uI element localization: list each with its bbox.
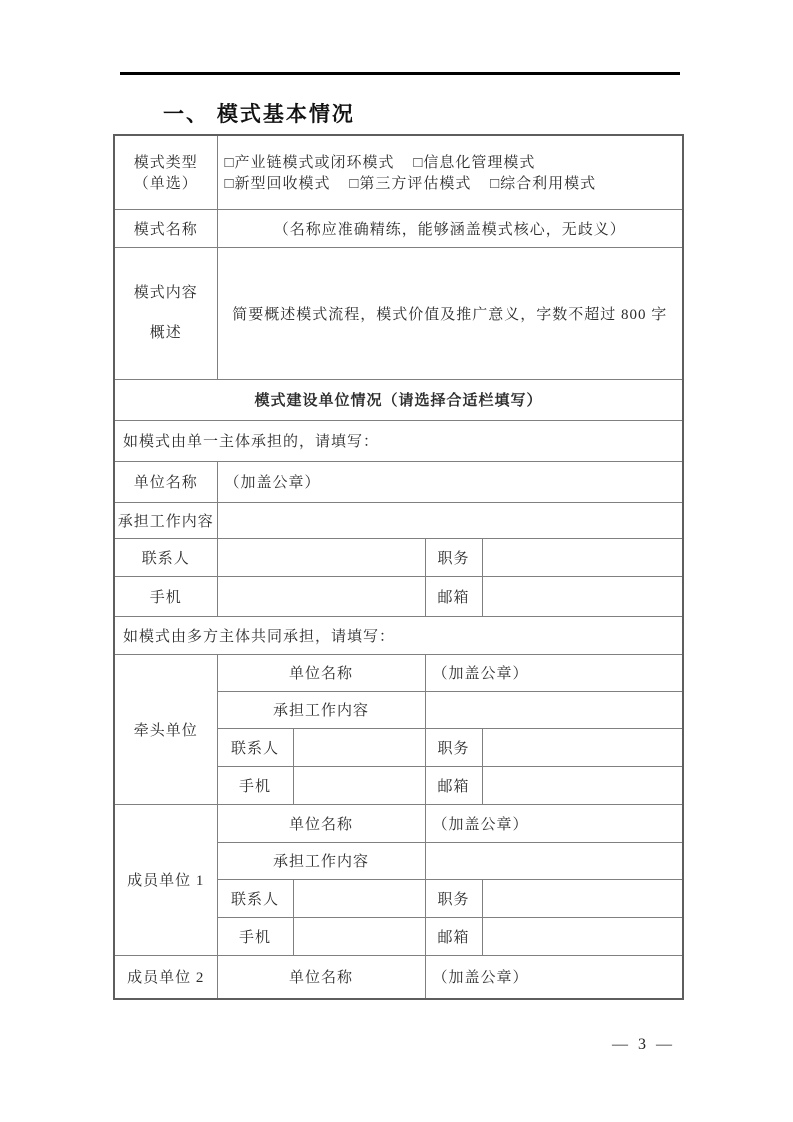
row-mode-description: 模式内容 概述 简要概述模式流程，模式价值及推广意义，字数不超过 800 字 bbox=[114, 247, 683, 379]
options-line-1: □产业链模式或闭环模式 □信息化管理模式 bbox=[225, 151, 550, 172]
row-lead-unit-name: 牵头单位 单位名称 （加盖公章） bbox=[114, 654, 683, 691]
lead-title-input-cell[interactable] bbox=[482, 728, 683, 766]
row-single-mobile: 手机 邮箱 bbox=[114, 576, 683, 616]
row-multi-note: 如模式由多方主体共同承担，请填写： bbox=[114, 616, 683, 654]
checkbox-option-info-management[interactable]: □信息化管理模式 bbox=[413, 155, 535, 171]
single-unit-name-input-cell[interactable]: （加盖公章） bbox=[217, 461, 683, 502]
single-mobile-label: 手机 bbox=[114, 576, 217, 616]
member2-unit-name-label: 单位名称 bbox=[217, 955, 425, 999]
builder-section-header: 模式建设单位情况（请选择合适栏填写） bbox=[114, 379, 683, 420]
multi-entity-note: 如模式由多方主体共同承担，请填写： bbox=[114, 616, 683, 654]
lead-email-label: 邮箱 bbox=[425, 766, 482, 804]
single-mobile-input-cell[interactable] bbox=[217, 576, 425, 616]
lead-mobile-label: 手机 bbox=[217, 766, 293, 804]
checkbox-option-industry-chain[interactable]: □产业链模式或闭环模式 bbox=[225, 155, 395, 171]
section-title: 一、 模式基本情况 bbox=[163, 98, 355, 128]
mode-description-input-cell[interactable]: 简要概述模式流程，模式价值及推广意义，字数不超过 800 字 bbox=[217, 247, 683, 379]
lead-email-input-cell[interactable] bbox=[482, 766, 683, 804]
row-single-unit-name: 单位名称 （加盖公章） bbox=[114, 461, 683, 502]
mode-description-label-cell: 模式内容 概述 bbox=[114, 247, 217, 379]
document-page: 一、 模式基本情况 模式类型 （单选） bbox=[0, 0, 793, 1122]
mode-description-label-2: 概述 bbox=[115, 313, 217, 353]
checkbox-option-comprehensive-use[interactable]: □综合利用模式 bbox=[490, 176, 596, 192]
lead-unit-name-input-cell[interactable]: （加盖公章） bbox=[425, 654, 683, 691]
lead-unit-label: 牵头单位 bbox=[114, 654, 217, 804]
mode-type-sublabel: （单选） bbox=[134, 172, 198, 193]
mode-type-label: 模式类型 bbox=[134, 151, 198, 172]
checkbox-option-new-recycling[interactable]: □新型回收模式 bbox=[225, 176, 331, 192]
single-unit-name-label: 单位名称 bbox=[114, 461, 217, 502]
member1-email-input-cell[interactable] bbox=[482, 917, 683, 955]
member1-email-label: 邮箱 bbox=[425, 917, 482, 955]
member1-title-input-cell[interactable] bbox=[482, 879, 683, 917]
mode-name-input-cell[interactable]: （名称应准确精练，能够涵盖模式核心，无歧义） bbox=[217, 209, 683, 247]
member1-contact-input-cell[interactable] bbox=[293, 879, 425, 917]
single-email-input-cell[interactable] bbox=[482, 576, 683, 616]
checkbox-option-third-party-eval[interactable]: □第三方评估模式 bbox=[349, 176, 471, 192]
member1-unit-label: 成员单位 1 bbox=[114, 804, 217, 955]
mode-type-label-cell: 模式类型 （单选） bbox=[114, 135, 217, 209]
row-member1-unit-name: 成员单位 1 单位名称 （加盖公章） bbox=[114, 804, 683, 842]
model-info-table: 模式类型 （单选） □产业链模式或闭环模式 □信息化管理模式 □新型回收模式 □… bbox=[113, 134, 684, 1000]
lead-contact-input-cell[interactable] bbox=[293, 728, 425, 766]
single-work-label: 承担工作内容 bbox=[114, 502, 217, 538]
member1-work-input-cell[interactable] bbox=[425, 842, 683, 879]
page-number: — 3 — bbox=[612, 1036, 675, 1054]
row-mode-name: 模式名称 （名称应准确精练，能够涵盖模式核心，无歧义） bbox=[114, 209, 683, 247]
lead-unit-name-label: 单位名称 bbox=[217, 654, 425, 691]
mode-description-label: 模式内容 bbox=[115, 273, 217, 313]
options-line-2: □新型回收模式 □第三方评估模式 □综合利用模式 bbox=[225, 172, 611, 193]
row-single-contact: 联系人 职务 bbox=[114, 538, 683, 576]
mode-type-options-cell: □产业链模式或闭环模式 □信息化管理模式 □新型回收模式 □第三方评估模式 □综… bbox=[217, 135, 683, 209]
row-builder-header: 模式建设单位情况（请选择合适栏填写） bbox=[114, 379, 683, 420]
row-member2-unit-name: 成员单位 2 单位名称 （加盖公章） bbox=[114, 955, 683, 999]
member1-mobile-input-cell[interactable] bbox=[293, 917, 425, 955]
member1-work-label: 承担工作内容 bbox=[217, 842, 425, 879]
row-mode-type: 模式类型 （单选） □产业链模式或闭环模式 □信息化管理模式 □新型回收模式 □… bbox=[114, 135, 683, 209]
member2-unit-label: 成员单位 2 bbox=[114, 955, 217, 999]
member2-unit-name-input-cell[interactable]: （加盖公章） bbox=[425, 955, 683, 999]
lead-mobile-input-cell[interactable] bbox=[293, 766, 425, 804]
single-email-label: 邮箱 bbox=[425, 576, 482, 616]
row-single-note: 如模式由单一主体承担的，请填写： bbox=[114, 420, 683, 461]
member1-mobile-label: 手机 bbox=[217, 917, 293, 955]
lead-contact-label: 联系人 bbox=[217, 728, 293, 766]
lead-title-label: 职务 bbox=[425, 728, 482, 766]
member1-contact-label: 联系人 bbox=[217, 879, 293, 917]
single-contact-label: 联系人 bbox=[114, 538, 217, 576]
single-work-input-cell[interactable] bbox=[217, 502, 683, 538]
header-rule bbox=[120, 72, 680, 75]
single-contact-input-cell[interactable] bbox=[217, 538, 425, 576]
member1-unit-name-input-cell[interactable]: （加盖公章） bbox=[425, 804, 683, 842]
mode-name-label: 模式名称 bbox=[114, 209, 217, 247]
lead-work-label: 承担工作内容 bbox=[217, 691, 425, 728]
single-title-label: 职务 bbox=[425, 538, 482, 576]
row-single-work: 承担工作内容 bbox=[114, 502, 683, 538]
member1-title-label: 职务 bbox=[425, 879, 482, 917]
member1-unit-name-label: 单位名称 bbox=[217, 804, 425, 842]
single-entity-note: 如模式由单一主体承担的，请填写： bbox=[114, 420, 683, 461]
single-title-input-cell[interactable] bbox=[482, 538, 683, 576]
lead-work-input-cell[interactable] bbox=[425, 691, 683, 728]
